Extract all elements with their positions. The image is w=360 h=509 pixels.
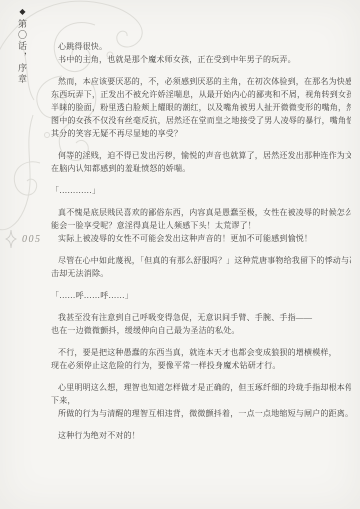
text-line: 实际上被凌辱的女性不可能会发出这种声音的！更加不可能感到愉悦！	[51, 232, 351, 245]
chapter-heading: ◆第〇话，序章	[15, 7, 29, 85]
text-line: 书中的主角，也就是那个魔术师女孩，正在受到中年男子的玩弄。	[51, 53, 351, 66]
paragraph: 尽管在心中如此蔑视，「但真的有那么舒服吗？」这种荒唐事物给我留下的悸动与冲击却无…	[51, 254, 351, 280]
chapter-title: 第〇话，序章	[17, 19, 27, 85]
paragraph: 真不愧是底层贱民喜欢的鄙俗东西，内容真是愚蠢至极，女性在被凌辱的时候怎么可能会一…	[51, 206, 351, 232]
text-line: 心跳得很快。	[51, 40, 351, 53]
text-line: 不行，要是把这种愚蠢的东西当真，就连本天才也都会变成狼狈的增横模样，	[51, 346, 351, 359]
text-line: 现在必须停止这危险的行为，要像平常一样投身魔术钻研才行。	[51, 359, 351, 372]
text-line: 我甚至没有注意到自己呼吸变得急促，无意识间手臂、手腕、手指——	[51, 311, 351, 324]
text-line: 「…………」	[51, 184, 351, 197]
text-line: 这种行为绝对不对的！	[51, 429, 351, 442]
paragraph: 书中的主角，也就是那个魔术师女孩，正在受到中年男子的玩弄。	[51, 53, 351, 66]
paragraph: 实际上被凌辱的女性不可能会发出这种声音的！更加不可能感到愉悦！	[51, 232, 351, 245]
page-number: 005	[22, 234, 42, 245]
text-line: 「……呼……呼……」	[51, 289, 351, 302]
text-line: 下来，	[51, 394, 351, 407]
text-line: 何等的淫贱，迫不得已发出污秽，愉悦的声音也就算了，居然还发出那种连作为文字	[51, 149, 351, 162]
text-line: 真不愧是底层贱民喜欢的鄙俗东西，内容真是愚蠢至极，女性在被凌辱的时候怎么可	[51, 206, 351, 219]
paragraph: 何等的淫贱，迫不得已发出污秽，愉悦的声音也就算了，居然还发出那种连作为文字在脑内…	[51, 149, 351, 175]
text-line: 在脑内认知都感到的羞耻愤怒的娇喘。	[51, 162, 351, 175]
text-line: 尽管在心中如此蔑视，「但真的有那么舒服吗？」这种荒唐事物给我留下的悸动与冲	[51, 254, 351, 267]
paragraph: 然而，本应该要厌恶的，不，必须感到厌恶的主角，在初次体验到，在那名为快感的东西玩…	[51, 75, 351, 140]
text-line: 东西玩弄下，正发出不被允许娇淫喘息，从最开始内心的鄙夷和不屑，视角转到女孩那	[51, 88, 351, 101]
paragraph: 「…………」	[51, 184, 351, 197]
text-line: 也在一边微微颤抖，缓缓伸向自己最为圣洁的私处。	[51, 324, 351, 337]
page-number-area: 005	[4, 229, 42, 249]
text-line: 能会一脸享受呢？意淫得真是让人频感下头！太荒谬了！	[51, 219, 351, 232]
text-line: 然而，本应该要厌恶的，不，必须感到厌恶的主角，在初次体验到，在那名为快感的	[51, 75, 351, 88]
sparkle-icon	[4, 229, 18, 249]
book-page: ◆第〇话，序章 005 心跳得很快。书中的主角，也就是那个魔术师女孩，正在受到中…	[0, 0, 360, 509]
paragraph: 「……呼……呼……」	[51, 289, 351, 302]
text-line: 所做的行为与清醒的理智互相违背，微微颤抖着，一点一点地缩短与闸户的距离。	[51, 407, 351, 420]
text-line: 击却无法消除。	[51, 267, 351, 280]
paragraph: 心跳得很快。	[51, 40, 351, 53]
paragraph: 不行，要是把这种愚蠢的东西当真，就连本天才也都会变成狼狈的增横模样，现在必须停止…	[51, 346, 351, 372]
paragraph: 心里明明这么想，理智也知道怎样做才是正确的，但玉琢纤细的玲珑手指却根本停不下来，	[51, 381, 351, 407]
text-line: 图中的女孩不仅没有丝毫反抗，居然还在堂而皇之地接受了男人凌辱的暴行，嘴角恰如	[51, 114, 351, 127]
text-line: 心里明明这么想，理智也知道怎样做才是正确的，但玉琢纤细的玲珑手指却根本停不	[51, 381, 351, 394]
text-line: 其分的笑容无疑不再尽显她的享受？	[51, 127, 351, 140]
paragraph: 所做的行为与清醒的理智互相违背，微微颤抖着，一点一点地缩短与闸户的距离。	[51, 407, 351, 420]
body-text: 心跳得很快。书中的主角，也就是那个魔术师女孩，正在受到中年男子的玩弄。然而，本应…	[51, 40, 351, 442]
text-line: 半睐的脸面，粉里透白脸颊上耀眼的潮红，以及嘴角被男人扯开微微变形的嘴角，然而	[51, 101, 351, 114]
chapter-marker-icon: ◆	[18, 7, 27, 19]
paragraph: 我甚至没有注意到自己呼吸变得急促，无意识间手臂、手腕、手指——也在一边微微颤抖，…	[51, 311, 351, 337]
paragraph: 这种行为绝对不对的！	[51, 429, 351, 442]
